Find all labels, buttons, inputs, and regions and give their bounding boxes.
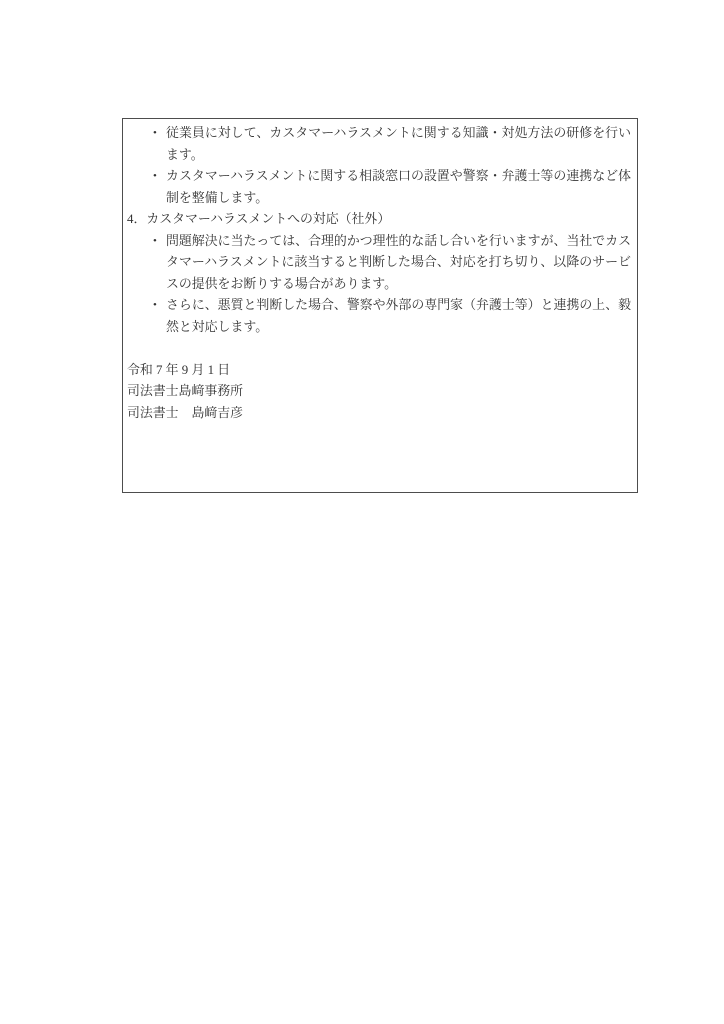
section4-heading: 4．カスタマーハラスメントへの対応（社外） xyxy=(127,209,631,231)
date-line: 令和 7 年 9 月 1 日 xyxy=(127,360,631,382)
signer-name-line: 司法書士 島﨑吉彦 xyxy=(127,403,631,425)
bullet-icon: • xyxy=(127,166,166,188)
list-item: • 従業員に対して、カスタマーハラスメントに関する知識・対処方法の研修を行います… xyxy=(127,123,631,166)
bullet-text-malicious-cases: さらに、悪質と判断した場合、警察や外部の専門家（弁護士等）と連携の上、毅然と対応… xyxy=(166,295,631,338)
bullet-text-problem-resolution: 問題解決に当たっては、合理的かつ理性的な話し合いを行いますが、当社でカスタマーハ… xyxy=(166,231,631,296)
list-item: • さらに、悪質と判断した場合、警察や外部の専門家（弁護士等）と連携の上、毅然と… xyxy=(127,295,631,338)
document-page: • 従業員に対して、カスタマーハラスメントに関する知識・対処方法の研修を行います… xyxy=(0,0,724,1024)
bullet-icon: • xyxy=(127,231,166,253)
section3-bullet-list: • 従業員に対して、カスタマーハラスメントに関する知識・対処方法の研修を行います… xyxy=(127,123,631,209)
bullet-icon: • xyxy=(127,123,166,145)
office-name-line: 司法書士島﨑事務所 xyxy=(127,381,631,403)
list-item: • 問題解決に当たっては、合理的かつ理性的な話し合いを行いますが、当社でカスタマ… xyxy=(127,231,631,296)
section4-bullet-list: • 問題解決に当たっては、合理的かつ理性的な話し合いを行いますが、当社でカスタマ… xyxy=(127,231,631,339)
bullet-icon: • xyxy=(127,295,166,317)
bullet-text-consultation-desk: カスタマーハラスメントに関する相談窓口の設置や警察・弁護士等の連携など体制を整備… xyxy=(166,166,631,209)
bullet-text-training: 従業員に対して、カスタマーハラスメントに関する知識・対処方法の研修を行います。 xyxy=(166,123,631,166)
policy-text-box: • 従業員に対して、カスタマーハラスメントに関する知識・対処方法の研修を行います… xyxy=(122,118,638,493)
blank-line-spacer xyxy=(127,338,631,360)
list-item: • カスタマーハラスメントに関する相談窓口の設置や警察・弁護士等の連携など体制を… xyxy=(127,166,631,209)
